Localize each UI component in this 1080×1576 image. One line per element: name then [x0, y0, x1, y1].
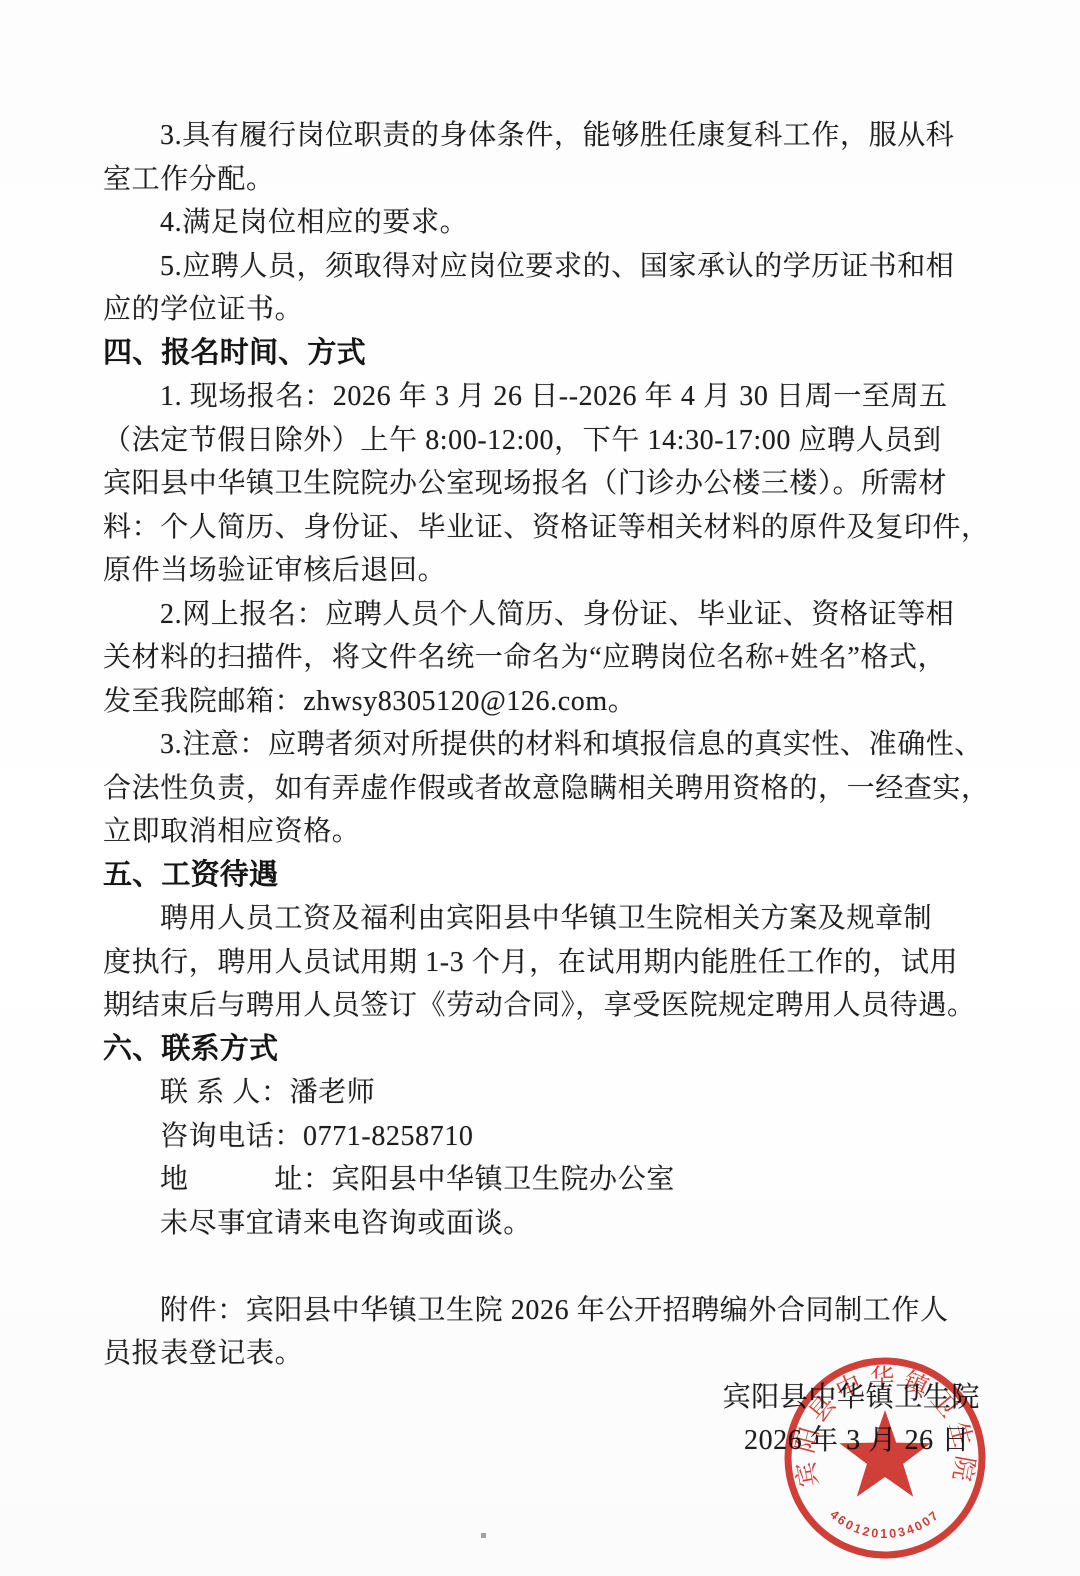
text-line: 度执行，聘用人员试用期 1-3 个月，在试用期内能胜任工作的，试用 [103, 941, 993, 985]
text-line: 3.具有履行岗位职责的身体条件，能够胜任康复科工作，服从科 [103, 114, 993, 158]
blank-line [103, 1245, 993, 1289]
stamp-star-icon [839, 1410, 930, 1497]
text-line: 咨询电话：0771-8258710 [103, 1115, 993, 1159]
official-stamp: 宾阳县中华镇卫生院 4601201034007 [770, 1343, 1000, 1573]
text-line: 关材料的扫描件，将文件名统一命名为“应聘岗位名称+姓名”格式， [103, 636, 993, 680]
text-line: 宾阳县中华镇卫生院院办公室现场报名（门诊办公楼三楼）。所需材 [103, 462, 993, 506]
text-line: 应的学位证书。 [103, 288, 993, 332]
section-heading: 六、联系方式 [103, 1028, 993, 1072]
text-line: 3.注意：应聘者须对所提供的材料和填报信息的真实性、准确性、 [103, 723, 993, 767]
stamp-serial: 4601201034007 [827, 1507, 942, 1541]
text-line: 期结束后与聘用人员签订《劳动合同》，享受医院规定聘用人员待遇。 [103, 984, 993, 1028]
section-heading: 四、报名时间、方式 [103, 332, 993, 376]
text-line: 1. 现场报名：2026 年 3 月 26 日--2026 年 4 月 30 日… [103, 375, 993, 419]
text-line: 2.网上报名：应聘人员个人简历、身份证、毕业证、资格证等相 [103, 593, 993, 637]
text-line: 合法性负责，如有弄虚作假或者故意隐瞒相关聘用资格的，一经查实， [103, 767, 993, 811]
section-heading: 五、工资待遇 [103, 854, 993, 898]
document-page: 3.具有履行岗位职责的身体条件，能够胜任康复科工作，服从科室工作分配。4.满足岗… [0, 0, 1080, 1576]
text-line: （法定节假日除外）上午 8:00-12:00，下午 14:30-17:00 应聘… [103, 419, 993, 463]
text-line: 联 系 人：潘老师 [103, 1071, 993, 1115]
text-line: 室工作分配。 [103, 158, 993, 202]
text-line: 料：个人简历、身份证、毕业证、资格证等相关材料的原件及复印件， [103, 506, 993, 550]
text-line: 发至我院邮箱：zhwsy8305120@126.com。 [103, 680, 993, 724]
text-line: 地 址：宾阳县中华镇卫生院办公室 [103, 1158, 993, 1202]
text-line: 未尽事宜请来电咨询或面谈。 [103, 1202, 993, 1246]
text-line: 原件当场验证审核后退回。 [103, 549, 993, 593]
text-line: 聘用人员工资及福利由宾阳县中华镇卫生院相关方案及规章制 [103, 897, 993, 941]
text-line: 附件：宾阳县中华镇卫生院 2026 年公开招聘编外合同制工作人 [103, 1289, 993, 1333]
text-line: 4.满足岗位相应的要求。 [103, 201, 993, 245]
text-line: 5.应聘人员，须取得对应岗位要求的、国家承认的学历证书和相 [103, 245, 993, 289]
text-line: 立即取消相应资格。 [103, 810, 993, 854]
document-body: 3.具有履行岗位职责的身体条件，能够胜任康复科工作，服从科室工作分配。4.满足岗… [103, 114, 993, 1376]
scan-artifact-dot [481, 1533, 486, 1538]
